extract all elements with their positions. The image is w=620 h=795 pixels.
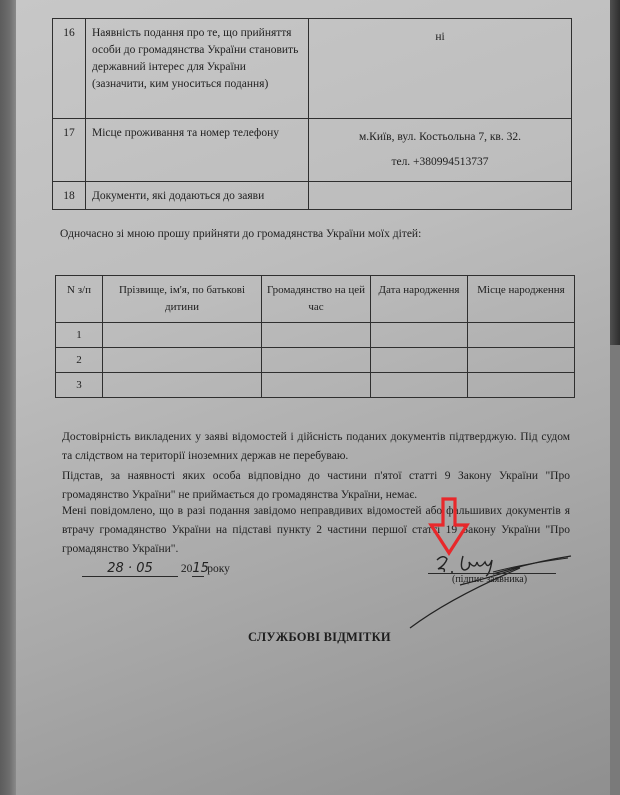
empty-cell bbox=[103, 348, 262, 373]
signature-icon bbox=[385, 540, 585, 630]
handwritten-year: 15 bbox=[192, 561, 204, 577]
row-number: 3 bbox=[56, 373, 103, 398]
year-prefix: 20 bbox=[181, 563, 193, 575]
empty-cell bbox=[468, 348, 575, 373]
column-header: Дата народження bbox=[371, 276, 468, 323]
empty-cell bbox=[468, 373, 575, 398]
row-label: Місце проживання та номер телефону bbox=[86, 119, 309, 182]
row-number: 18 bbox=[53, 182, 86, 210]
row-label: Документи, які додаються до заяви bbox=[86, 182, 309, 210]
year-suffix-word: року bbox=[207, 563, 230, 575]
photo-background-right bbox=[610, 0, 620, 345]
service-marks-title: СЛУЖБОВІ ВІДМІТКИ bbox=[248, 630, 391, 645]
table-row: 3 bbox=[56, 373, 575, 398]
table-row: 16 Наявність подання про те, що прийнятт… bbox=[53, 19, 572, 119]
empty-cell bbox=[371, 323, 468, 348]
empty-cell bbox=[103, 373, 262, 398]
grounds-paragraph: Підстав, за наявності яких особа відпові… bbox=[62, 467, 570, 505]
table-row: 18 Документи, які додаються до заяви bbox=[53, 182, 572, 210]
column-header: Місце народження bbox=[468, 276, 575, 323]
empty-cell bbox=[262, 323, 371, 348]
application-details-table: 16 Наявність подання про те, що прийнятт… bbox=[52, 18, 572, 210]
date-line: 28 · 05 2015 року bbox=[68, 561, 230, 577]
phone-line: тел. +380994513737 bbox=[315, 150, 565, 175]
row-value: ні bbox=[309, 19, 572, 119]
row-number: 17 bbox=[53, 119, 86, 182]
table-row: 1 bbox=[56, 323, 575, 348]
empty-cell bbox=[371, 348, 468, 373]
table-header-row: N з/п Прізвище, ім'я, по батькові дитини… bbox=[56, 276, 575, 323]
empty-cell bbox=[371, 373, 468, 398]
confirmation-paragraph: Достовірність викладених у заяві відомос… bbox=[62, 428, 570, 466]
row-value: м.Київ, вул. Костьольна 7, кв. 32. тел. … bbox=[309, 119, 572, 182]
empty-cell bbox=[468, 323, 575, 348]
row-label: Наявність подання про те, що прийняття о… bbox=[86, 19, 309, 119]
table-row: 17 Місце проживання та номер телефону м.… bbox=[53, 119, 572, 182]
value-line: ні bbox=[315, 25, 565, 50]
column-header: Громадянство на цей час bbox=[262, 276, 371, 323]
empty-cell bbox=[262, 373, 371, 398]
address-line: м.Київ, вул. Костьольна 7, кв. 32. bbox=[315, 125, 565, 150]
empty-cell bbox=[262, 348, 371, 373]
row-number: 16 bbox=[53, 19, 86, 119]
row-number: 2 bbox=[56, 348, 103, 373]
photo-background-left bbox=[0, 0, 16, 795]
column-header: Прізвище, ім'я, по батькові дитини bbox=[103, 276, 262, 323]
table-row: 2 bbox=[56, 348, 575, 373]
signature-caption: (підпис заявника) bbox=[452, 574, 527, 585]
handwritten-date: 28 · 05 bbox=[82, 561, 178, 577]
red-arrow-icon bbox=[428, 496, 472, 558]
children-intro-text: Одночасно зі мною прошу прийняти до гром… bbox=[60, 228, 421, 240]
row-number: 1 bbox=[56, 323, 103, 348]
empty-cell bbox=[103, 323, 262, 348]
children-table: N з/п Прізвище, ім'я, по батькові дитини… bbox=[55, 275, 575, 398]
row-value bbox=[309, 182, 572, 210]
column-header: N з/п bbox=[56, 276, 103, 323]
